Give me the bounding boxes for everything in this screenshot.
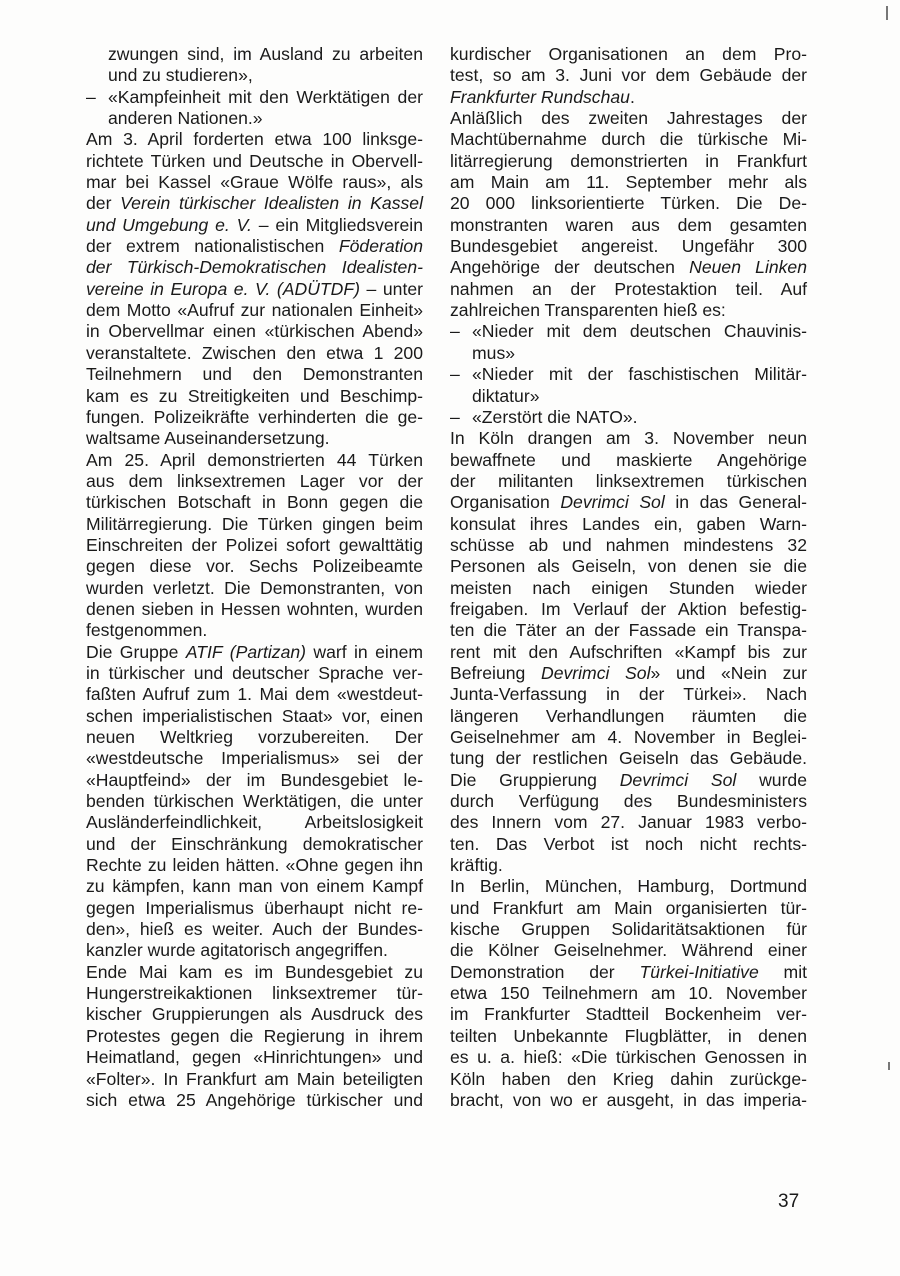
text-line: denen sieben in Hessen wohnten, wurden: [86, 599, 423, 620]
text-line: ten. Das Verbot ist noch nicht rechts-: [450, 834, 807, 855]
scan-artifact-mark: [886, 6, 888, 20]
text-line: «Folter». In Frankfurt am Main beteiligt…: [86, 1069, 423, 1090]
text-line: dem Motto «Aufruf zur nationalen Einheit…: [86, 300, 423, 321]
text-line: tung der restlichen Geiseln das Gebäude.: [450, 748, 807, 769]
text-line: zahlreichen Transparenten hieß es:: [450, 300, 807, 321]
text-line: Angehörige der deutschen Neuen Linken: [450, 257, 807, 278]
text-line: Am 25. April demonstrierten 44 Türken: [86, 450, 423, 471]
text-line: Köln haben den Krieg dahin zurückge-: [450, 1069, 807, 1090]
text-line: In Berlin, München, Hamburg, Dortmund: [450, 876, 807, 897]
text-line: kischer Gruppierungen als Ausdruck des: [86, 1004, 423, 1025]
scan-artifact-mark: [888, 1062, 890, 1070]
text-line: Frankfurter Rundschau.: [450, 87, 807, 108]
text-line: aus dem linksextremen Lager vor der: [86, 471, 423, 492]
text-line: sich etwa 25 Angehörige türkischer und: [86, 1090, 423, 1111]
text-line: freigaben. Im Verlauf der Aktion befesti…: [450, 599, 807, 620]
text-line: bracht, von wo er ausgeht, in das imperi…: [450, 1090, 807, 1111]
text-line: kam es zu Streitigkeiten und Beschimp-: [86, 386, 423, 407]
text-line: rent mit den Aufschriften «Kampf bis zur: [450, 642, 807, 663]
list-dash-marker: –: [450, 364, 460, 385]
text-line: test, so am 3. Juni vor dem Gebäude der: [450, 65, 807, 86]
document-page: zwungen sind, im Ausland zu arbeitenund …: [0, 0, 900, 1276]
text-line: veranstaltete. Zwischen den etwa 1 200: [86, 343, 423, 364]
text-line: Junta-Verfassung in der Türkei». Nach: [450, 684, 807, 705]
text-line: und Umgebung e. V. – ein Mitgliedsverein: [86, 215, 423, 236]
text-line: der Türkisch-Demokratischen Idealisten-: [86, 257, 423, 278]
text-line: die Kölner Geiselnehmer. Während einer: [450, 940, 807, 961]
text-line: im Frankfurter Stadtteil Bockenheim ver-: [450, 1004, 807, 1025]
text-line: Hungerstreikaktionen linksextremer tür-: [86, 983, 423, 1004]
text-line: gegen diese vor. Sechs Polizeibeamte: [86, 556, 423, 577]
right-column: kurdischer Organisationen an dem Pro-tes…: [450, 44, 807, 1111]
text-line: faßten Aufruf zum 1. Mai dem «westdeut-: [86, 684, 423, 705]
text-line: Anläßlich des zweiten Jahrestages der: [450, 108, 807, 129]
text-line: konsulat ihres Landes ein, gaben Warn-: [450, 514, 807, 535]
list-item-continuation: zwungen sind, im Ausland zu arbeitenund …: [86, 44, 423, 87]
text-line: waltsame Auseinandersetzung.: [86, 428, 423, 449]
text-line: meisten nach einigen Stunden wieder: [450, 578, 807, 599]
text-line: schen imperialistischen Staat» vor, eine…: [86, 706, 423, 727]
paragraph: Anläßlich des zweiten Jahrestages derMac…: [450, 108, 807, 321]
list-dash-marker: –: [86, 87, 96, 108]
text-line: und zu studieren»,: [108, 65, 423, 86]
text-line: Einschreiten der Polizei sofort gewalttä…: [86, 535, 423, 556]
text-line: «Hauptfeind» der im Bundesgebiet le-: [86, 770, 423, 791]
text-line: festgenommen.: [86, 620, 423, 641]
text-line: «Zerstört die NATO».: [472, 407, 807, 428]
text-line: der extrem nationalistischen Föderation: [86, 236, 423, 257]
text-line: kurdischer Organisationen an dem Pro-: [450, 44, 807, 65]
text-line: und Frankfurt am Main organisierten tür-: [450, 898, 807, 919]
text-line: gegen Imperialismus überhaupt nicht re-: [86, 898, 423, 919]
text-line: ten die Täter an der Fassade ein Transpa…: [450, 620, 807, 641]
text-line: kanzler wurde agitatorisch angegriffen.: [86, 940, 423, 961]
text-line: in türkischer und deutscher Sprache ver-: [86, 663, 423, 684]
list-dash-marker: –: [450, 321, 460, 342]
text-line: Rechte zu leiden hätten. «Ohne gegen ihn: [86, 855, 423, 876]
text-line: Heimatland, gegen «Hinrichtungen» und: [86, 1047, 423, 1068]
text-line: Personen als Geiseln, von denen sie die: [450, 556, 807, 577]
text-line: anderen Nationen.»: [108, 108, 423, 129]
text-line: durch Verfügung des Bundesministers: [450, 791, 807, 812]
text-line: der Verein türkischer Idealisten in Kass…: [86, 193, 423, 214]
text-line: richtete Türken und Deutsche in Obervell…: [86, 151, 423, 172]
text-line: neuen Weltkrieg vorzubereiten. Der: [86, 727, 423, 748]
text-line: türkischen Botschaft in Bonn gegen die: [86, 492, 423, 513]
text-line: bewaffnete und maskierte Angehörige: [450, 450, 807, 471]
text-line: kische Gruppen Solidaritätsaktionen für: [450, 919, 807, 940]
text-line: längeren Verhandlungen räumten die: [450, 706, 807, 727]
list-item: –«Kampfeinheit mit den Werktätigen deran…: [86, 87, 423, 130]
text-line: Die Gruppierung Devrimci Sol wurde: [450, 770, 807, 791]
list-item: –«Nieder mit dem deutschen Chauvinis-mus…: [450, 321, 807, 364]
text-line: mar bei Kassel «Graue Wölfe raus», als: [86, 172, 423, 193]
list-dash-marker: –: [450, 407, 460, 428]
list-item: –«Zerstört die NATO».: [450, 407, 807, 428]
text-line: den», hieß es weiter. Auch der Bundes-: [86, 919, 423, 940]
paragraph: Ende Mai kam es im Bundesgebiet zuHunger…: [86, 962, 423, 1111]
text-line: und der Einschränkung demokratischer: [86, 834, 423, 855]
list-item: –«Nieder mit der faschistischen Militär-…: [450, 364, 807, 407]
text-line: in Obervellmar einen «türkischen Abend»: [86, 321, 423, 342]
text-line: «westdeutsche Imperialismus» sei der: [86, 748, 423, 769]
text-line: «Nieder mit dem deutschen Chauvinis-: [472, 321, 807, 342]
text-line: etwa 150 Teilnehmern am 10. November: [450, 983, 807, 1004]
text-line: Geiselnehmer am 4. November in Beglei-: [450, 727, 807, 748]
paragraph: Am 25. April demonstrierten 44 Türkenaus…: [86, 450, 423, 642]
text-line: Befreiung Devrimci Sol» und «Nein zur: [450, 663, 807, 684]
text-line: diktatur»: [472, 386, 807, 407]
text-line: «Kampfeinheit mit den Werktätigen der: [108, 87, 423, 108]
text-line: Machtübernahme durch die türkische Mi-: [450, 129, 807, 150]
text-line: des Innern vom 27. Januar 1983 verbo-: [450, 812, 807, 833]
paragraph: In Köln drangen am 3. November neunbewaf…: [450, 428, 807, 876]
text-line: Bundesgebiet angereist. Ungefähr 300: [450, 236, 807, 257]
text-line: kräftig.: [450, 855, 807, 876]
paragraph: Am 3. April forderten etwa 100 linksge-r…: [86, 129, 423, 449]
text-line: «Nieder mit der faschistischen Militär-: [472, 364, 807, 385]
paragraph: Die Gruppe ATIF (Partizan) warf in einem…: [86, 642, 423, 962]
text-line: Militärregierung. Die Türken gingen beim: [86, 514, 423, 535]
text-line: teilten Unbekannte Flugblätter, in denen: [450, 1026, 807, 1047]
text-line: Ende Mai kam es im Bundesgebiet zu: [86, 962, 423, 983]
text-line: der militanten linksextremen türkischen: [450, 471, 807, 492]
page-number: 37: [778, 1191, 799, 1213]
text-line: Die Gruppe ATIF (Partizan) warf in einem: [86, 642, 423, 663]
text-line: Am 3. April forderten etwa 100 linksge-: [86, 129, 423, 150]
left-column: zwungen sind, im Ausland zu arbeitenund …: [86, 44, 423, 1111]
text-line: Protestes gegen die Regierung in ihrem: [86, 1026, 423, 1047]
text-line: Demonstration der Türkei-Initiative mit: [450, 962, 807, 983]
text-line: nahmen an der Protestaktion teil. Auf: [450, 279, 807, 300]
text-line: vereine in Europa e. V. (ADÜTDF) – unter: [86, 279, 423, 300]
text-line: mus»: [472, 343, 807, 364]
text-line: 20 000 linksorientierte Türken. Die De-: [450, 193, 807, 214]
paragraph: In Berlin, München, Hamburg, Dortmundund…: [450, 876, 807, 1111]
text-line: es u. a. hieß: «Die türkischen Genossen …: [450, 1047, 807, 1068]
paragraph: kurdischer Organisationen an dem Pro-tes…: [450, 44, 807, 108]
text-line: am Main am 11. September mehr als: [450, 172, 807, 193]
text-line: schüsse ab und nahmen mindestens 32: [450, 535, 807, 556]
text-line: benden türkischen Werktätigen, die unter: [86, 791, 423, 812]
text-line: monstranten waren aus dem gesamten: [450, 215, 807, 236]
text-line: Teilnehmern und den Demonstranten: [86, 364, 423, 385]
text-line: litärregierung demonstrierten in Frankfu…: [450, 151, 807, 172]
text-line: wurden verletzt. Die Demonstranten, von: [86, 578, 423, 599]
text-line: In Köln drangen am 3. November neun: [450, 428, 807, 449]
text-line: Organisation Devrimci Sol in das General…: [450, 492, 807, 513]
text-line: zwungen sind, im Ausland zu arbeiten: [108, 44, 423, 65]
text-line: zu kämpfen, kann man von einem Kampf: [86, 876, 423, 897]
text-line: fungen. Polizeikräfte verhinderten die g…: [86, 407, 423, 428]
text-line: Ausländerfeindlichkeit, Arbeitslosigkeit: [86, 812, 423, 833]
